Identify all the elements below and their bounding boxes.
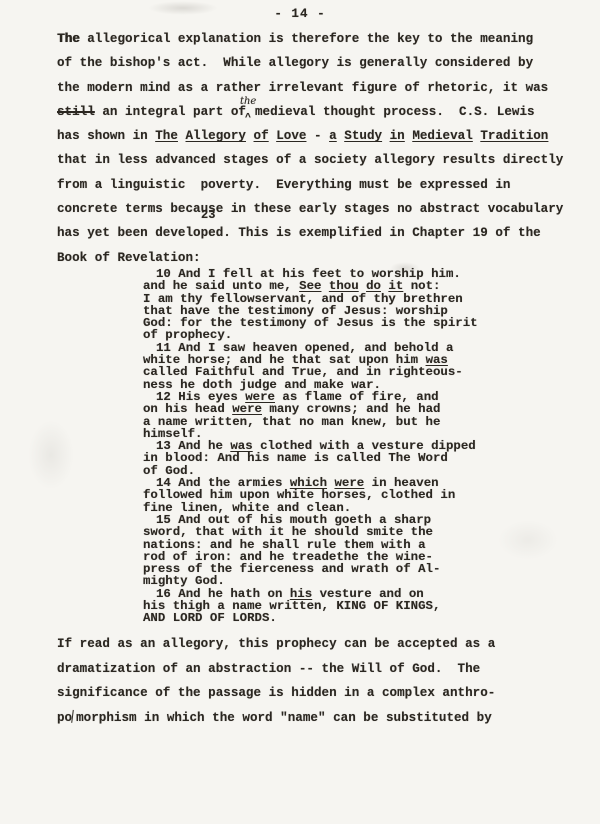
underlined-text: Study: [344, 129, 382, 143]
underlined-text: The: [155, 129, 178, 143]
text-segment: dramatization of an abstraction -- the W…: [57, 662, 480, 676]
text-segment: [382, 129, 390, 143]
text-line: still an integral part ofthe^medieval th…: [57, 100, 563, 124]
text-line: pomorphism in which the word "name" can …: [57, 706, 495, 731]
text-segment: significance of the passage is hidden in…: [57, 686, 495, 700]
underlined-text: a: [329, 129, 337, 143]
text-line: If read as an allegory, this prophecy ca…: [57, 632, 495, 657]
text-segment: of the bishop's act. While allegory is g…: [57, 56, 533, 70]
text-segment: Book of Revelation:: [57, 251, 201, 265]
underlined-text: Medieval: [412, 129, 472, 143]
text-line: dramatization of an abstraction -- the W…: [57, 657, 495, 682]
paragraph-intro: The allegorical explanation is therefore…: [57, 27, 563, 270]
text-line: that in less advanced stages of a societ…: [57, 148, 563, 172]
text-segment: If read as an allegory, this prophecy ca…: [57, 637, 495, 651]
paragraph-closing: If read as an allegory, this prophecy ca…: [57, 632, 495, 730]
footnote-marker: 23: [201, 208, 215, 222]
text-segment: morphism in which the word "name" can be…: [76, 711, 492, 725]
text-segment: po: [57, 711, 72, 725]
text-line: The allegorical explanation is therefore…: [57, 27, 563, 51]
text-line: AND LORD OF LORDS.: [143, 612, 478, 624]
text-segment: from a linguistic poverty. Everything mu…: [57, 178, 510, 192]
text-segment: AND LORD OF LORDS.: [143, 611, 277, 625]
insertion-mark: the^: [246, 103, 255, 115]
paper-smudge: [498, 520, 558, 560]
underlined-text: Tradition: [480, 129, 548, 143]
text-line: has shown in The Allegory of Love - a St…: [57, 124, 563, 148]
document-page: - 14 - The allegorical explanation is th…: [0, 0, 600, 824]
underlined-text: of: [254, 129, 269, 143]
text-line: concrete terms because in these early st…: [57, 197, 563, 221]
text-segment: -: [306, 129, 329, 143]
text-segment: an integral part of: [95, 105, 246, 119]
underlined-text: Allegory: [186, 129, 246, 143]
text-segment: concrete terms because in these early st…: [57, 202, 563, 216]
struck-text: still: [57, 105, 95, 119]
text-segment: The: [57, 32, 80, 46]
text-segment: allegorical explanation is therefore the…: [80, 32, 533, 46]
underlined-text: Love: [276, 129, 306, 143]
paper-smudge: [28, 420, 74, 490]
caret-icon: ^: [245, 107, 251, 131]
text-line: from a linguistic poverty. Everything mu…: [57, 173, 563, 197]
text-segment: [246, 129, 254, 143]
text-segment: [178, 129, 186, 143]
text-segment: medieval thought process. C.S. Lewis: [255, 105, 535, 119]
text-segment: has shown in: [57, 129, 155, 143]
text-segment: has yet been developed. This is exemplif…: [57, 226, 541, 240]
text-line: the modern mind as a rather irrelevant f…: [57, 76, 563, 100]
revelation-quote-block: 10 And I fell at his feet to worship him…: [143, 268, 478, 625]
underlined-text: in: [390, 129, 405, 143]
page-number: - 14 -: [0, 7, 600, 21]
text-line: has yet been developed. This is exemplif…: [57, 221, 563, 245]
text-line: significance of the passage is hidden in…: [57, 681, 495, 706]
text-line: of the bishop's act. While allegory is g…: [57, 51, 563, 75]
text-segment: the modern mind as a rather irrelevant f…: [57, 81, 548, 95]
text-segment: that in less advanced stages of a societ…: [57, 153, 563, 167]
